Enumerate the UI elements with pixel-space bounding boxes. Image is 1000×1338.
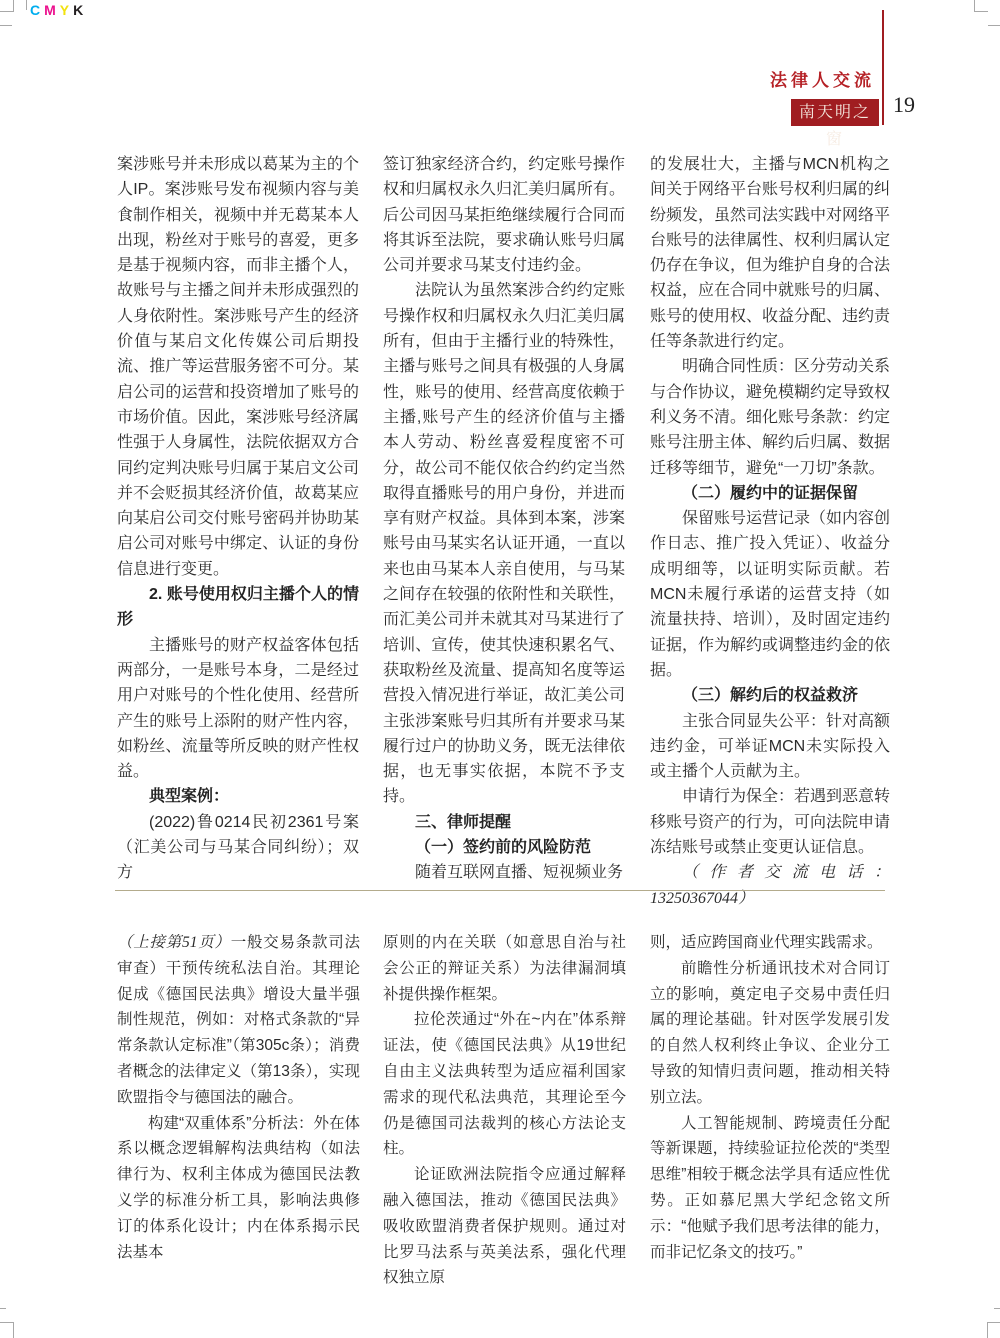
- paragraph: 主张合同显失公平：针对高额违约金，可举证MCN未实际投入或主播个人贡献为主。: [650, 709, 890, 785]
- article-column-2: 签订独家经济合约，约定账号操作权和归属权永久归汇美归属所有。后公司因马某拒绝继续…: [383, 152, 625, 886]
- page-number: 19: [893, 92, 915, 118]
- header-rule: [882, 10, 884, 125]
- crop-mark-bottom-left-dash: [0, 1308, 6, 1309]
- paragraph: 申请行为保全：若遇到恶意转移账号资产的行为，可向法院申请冻结账号或禁止变更认证信…: [650, 784, 890, 860]
- paragraph: 明确合同性质：区分劳动关系与合作协议，避免模糊约定导致权利义务不清。细化账号条款…: [650, 354, 890, 480]
- m-ink-letter: M: [44, 2, 60, 18]
- k-ink-letter: K: [73, 2, 87, 18]
- paragraph: 前瞻性分析通讯技术对合同订立的影响，奠定电子交易中责任归属的理论基础。针对医学发…: [650, 956, 890, 1111]
- crop-mark-top-left-tick: [26, 0, 27, 10]
- magazine-page: CMYK 法律人交流 南天明之窗 19 案涉账号并未形成以葛某为主的个人IP。案…: [0, 0, 1000, 1338]
- continued-column-1: （上接第51页）一般交易条款司法审查）干预传统私法自治。其理论促成《德国民法典》…: [117, 930, 360, 1265]
- crop-mark-top-right-dash: [988, 25, 1000, 26]
- paragraph: （上接第51页）一般交易条款司法审查）干预传统私法自治。其理论促成《德国民法典》…: [117, 930, 360, 1111]
- crop-mark-bottom-right-dash: [994, 1308, 1000, 1309]
- paragraph: 人工智能规制、跨境责任分配等新课题，持续验证拉伦茨的“类型思维”相较于概念法学具…: [650, 1111, 890, 1266]
- section-title: 法律人交流: [770, 66, 875, 91]
- crop-mark-top-right: [974, 0, 988, 12]
- cmyk-color-bar: CMYK: [30, 2, 87, 18]
- crop-mark-bottom-right: [987, 1322, 1000, 1338]
- paragraph: 主播账号的财产权益客体包括两部分，一是账号本身，二是经过用户对账号的个性化使用、…: [117, 633, 359, 785]
- paragraph: 随着互联网直播、短视频业务: [383, 860, 625, 885]
- sub-heading: （一）签约前的风险防范: [383, 835, 625, 860]
- continued-column-3: 则，适应跨国商业代理实践需求。前瞻性分析通讯技术对合同订立的影响，奠定电子交易中…: [650, 930, 890, 1265]
- sub-heading: （二）履约中的证据保留: [650, 481, 890, 506]
- crop-mark-top-left: [0, 0, 14, 12]
- article-column-3: 的发展壮大，主播与MCN机构之间关于网络平台账号权利归属的纠纷频发，虽然司法实践…: [650, 152, 890, 911]
- crop-mark-bottom-left: [0, 1322, 14, 1338]
- paragraph: 则，适应跨国商业代理实践需求。: [650, 930, 890, 956]
- paragraph: 拉伦茨通过“外在~内在”体系辩证法，使《德国民法典》从19世纪自由主义法典转型为…: [383, 1007, 626, 1162]
- paragraph: 的发展壮大，主播与MCN机构之间关于网络平台账号权利归属的纠纷频发，虽然司法实践…: [650, 152, 890, 354]
- paragraph: 原则的内在关联（如意思自治与社会公正的辩证关系）为法律漏洞填补提供操作框架。: [383, 930, 626, 1007]
- continued-column-2: 原则的内在关联（如意思自治与社会公正的辩证关系）为法律漏洞填补提供操作框架。拉伦…: [383, 930, 626, 1291]
- section-divider: [115, 890, 885, 891]
- paragraph: 案涉账号并未形成以葛某为主的个人IP。案涉账号发布视频内容与美食制作相关，视频中…: [117, 152, 359, 582]
- paragraph: 构建“双重体系”分析法：外在体系以概念逻辑解构法典结构（如法律行为、权利主体成为…: [117, 1111, 360, 1266]
- crop-mark-top-left-dash: [0, 25, 12, 26]
- paragraph: 签订独家经济合约，约定账号操作权和归属权永久归汇美归属所有。后公司因马某拒绝继续…: [383, 152, 625, 278]
- paragraph: 论证欧洲法院指令应通过解释融入德国法，推动《德国民法典》吸收欧盟消费者保护规则。…: [383, 1162, 626, 1291]
- sub-heading: 典型案例：: [117, 784, 359, 809]
- sub-heading: 2. 账号使用权归主播个人的情形: [117, 582, 359, 633]
- paragraph: 保留账号运营记录（如内容创作日志、推广投入凭证）、收益分成明细等，以证明实际贡献…: [650, 506, 890, 683]
- continued-from-note: （上接第51页）: [117, 934, 231, 951]
- article-column-1: 案涉账号并未形成以葛某为主的个人IP。案涉账号发布视频内容与美食制作相关，视频中…: [117, 152, 359, 886]
- author-note: （作者交流电话：13250367044）: [650, 860, 890, 911]
- y-ink-letter: Y: [60, 2, 73, 18]
- sub-heading: 三、律师提醒: [383, 810, 625, 835]
- sub-heading: （三）解约后的权益救济: [650, 683, 890, 708]
- column-badge: 南天明之窗: [791, 99, 879, 126]
- paragraph: (2022)鲁0214民初2361号案（汇美公司与马某合同纠纷）；双方: [117, 810, 359, 886]
- c-ink-letter: C: [30, 2, 44, 18]
- paragraph: 法院认为虽然案涉合约约定账号操作权和归属权永久归汇美归属所有，但由于主播行业的特…: [383, 278, 625, 809]
